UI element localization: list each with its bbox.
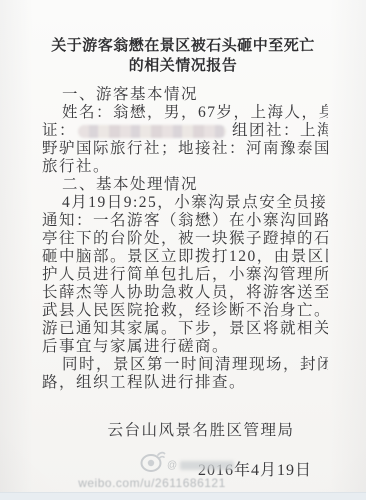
document-line: 旅行社。 [42, 158, 328, 176]
title-line-2: 的相关情况报告 [0, 56, 366, 76]
document-line: 同时，景区第一时间清理现场，封闭道 [42, 356, 328, 374]
document-line: 长薛杰等人协助急救人员，将游客送至修 [42, 284, 328, 302]
document-line: 通知：一名游客（翁懋）在小寨沟回路凉 [42, 212, 328, 230]
image-bottom-strip [0, 492, 366, 500]
weibo-logo-icon [136, 450, 166, 479]
document-line: 亭往下的台阶处，被一块猴子蹬掉的石头 [42, 230, 328, 248]
at-symbol: @ [167, 460, 177, 471]
document-title: 关于游客翁懋在景区被石头砸中至死亡 的相关情况报告 [0, 0, 366, 76]
document-body: 一、游客基本情况姓名：翁懋，男，67岁，上海人，身份证：组团社：上海野驴国际旅行… [42, 86, 328, 392]
document-line: 野驴国际旅行社；地接社：河南豫泰国际 [42, 140, 328, 158]
document-line: 姓名：翁懋，男，67岁，上海人，身份 [42, 104, 328, 122]
weibo-handle-smudge [180, 461, 234, 470]
weibo-handle: @ [167, 460, 234, 471]
redaction-mosaic [78, 125, 226, 138]
document-line: 后事宜与家属进行磋商。 [42, 338, 328, 356]
document-line: 二、基本处理情况 [42, 176, 328, 194]
document-line: 护人员进行简单包扎后，小寨沟管理所所 [42, 266, 328, 284]
document-line: 一、游客基本情况 [42, 86, 328, 104]
document-line: 武县人民医院抢救，经诊断不治身亡。导 [42, 302, 328, 320]
document-line: 路，组织工程队进行排查。 [42, 374, 328, 392]
document-photo: 关于游客翁懋在景区被石头砸中至死亡 的相关情况报告 一、游客基本情况姓名：翁懋，… [0, 0, 366, 500]
official-notice: 关于游客翁懋在景区被石头砸中至死亡 的相关情况报告 一、游客基本情况姓名：翁懋，… [0, 0, 366, 480]
document-line: 证：组团社：上海 [42, 122, 328, 140]
title-line-1: 关于游客翁懋在景区被石头砸中至死亡 [0, 36, 366, 56]
line-suffix: 组团社：上海 [232, 122, 328, 140]
document-line: 砸中脑部。景区立即拨打120，由景区医 [42, 248, 328, 266]
weibo-url: weibo.com/u/2611686121 [0, 476, 366, 490]
issuing-authority: 云台山风景名胜区管理局 [0, 418, 366, 440]
document-line: 4月19日9:25，小寨沟景点安全员接到 [42, 194, 328, 212]
line-prefix: 证： [42, 122, 76, 140]
document-line: 游已通知其家属。下步，景区将就相关善 [42, 320, 328, 338]
